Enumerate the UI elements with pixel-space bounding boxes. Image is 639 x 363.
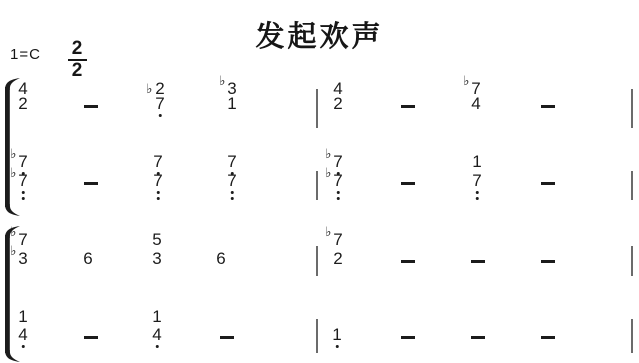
note-digit: 1 (152, 308, 161, 325)
octave-dot (337, 197, 340, 200)
flat-sign-icon: ♭ (10, 225, 16, 238)
note-digit: 1 (18, 308, 27, 325)
octave-dot (22, 345, 25, 348)
duration-dash (84, 182, 98, 185)
barline (316, 171, 318, 200)
barline (316, 246, 318, 276)
note-digit: 6 (216, 250, 225, 267)
duration-dash (401, 260, 415, 263)
note-digit: 1 (332, 326, 341, 343)
note-digit: 1 (227, 95, 236, 112)
note-digit: 2 (18, 95, 27, 112)
note-digit: 7♭ (333, 231, 342, 248)
octave-dot (231, 197, 234, 200)
duration-dash (401, 336, 415, 339)
time-signature-denominator: 2 (62, 62, 92, 80)
octave-dot (156, 345, 159, 348)
octave-dot (476, 197, 479, 200)
note-digit: 7♭ (18, 172, 27, 189)
duration-dash (471, 336, 485, 339)
note-digit: 7 (227, 172, 236, 189)
note-digit: 7 (153, 172, 162, 189)
octave-dot (157, 191, 160, 194)
note-digit: 4 (471, 95, 480, 112)
time-signature-numerator: 2 (62, 40, 92, 58)
octave-dot (476, 191, 479, 194)
note-digit: 1 (472, 153, 481, 170)
barline (631, 171, 633, 200)
barline (316, 89, 318, 128)
barline (631, 319, 633, 353)
note-digit: 4 (152, 326, 161, 343)
octave-dot (22, 197, 25, 200)
octave-dot (159, 114, 162, 117)
note-digit: 7♭ (333, 153, 342, 170)
note-digit: 7 (155, 95, 164, 112)
flat-sign-icon: ♭ (10, 147, 16, 160)
note-digit: 7♭ (18, 231, 27, 248)
duration-dash (541, 105, 555, 108)
note-digit: 3♭ (18, 250, 27, 267)
flat-sign-icon: ♭ (10, 166, 16, 179)
duration-dash (401, 182, 415, 185)
note-digit: 6 (83, 250, 92, 267)
duration-dash (401, 105, 415, 108)
duration-dash (541, 336, 555, 339)
flat-sign-icon: ♭ (219, 74, 225, 87)
song-title: 发起欢声 (0, 14, 639, 55)
flat-sign-icon: ♭ (146, 82, 152, 95)
octave-dot (157, 197, 160, 200)
duration-dash (84, 336, 98, 339)
barline (631, 89, 633, 128)
octave-dot (22, 191, 25, 194)
duration-dash (84, 105, 98, 108)
duration-dash (220, 336, 234, 339)
note-digit: 2 (333, 95, 342, 112)
duration-dash (541, 182, 555, 185)
time-signature: 2 2 (62, 40, 92, 80)
octave-dot (336, 345, 339, 348)
note-digit: 7 (472, 172, 481, 189)
note-digit: 7 (153, 153, 162, 170)
flat-sign-icon: ♭ (325, 166, 331, 179)
note-digit: 3 (152, 250, 161, 267)
key-signature: 1=C (10, 46, 41, 63)
note-digit: 4 (18, 326, 27, 343)
octave-dot (231, 191, 234, 194)
note-digit: 2 (333, 250, 342, 267)
flat-sign-icon: ♭ (463, 74, 469, 87)
note-digit: 7♭ (333, 172, 342, 189)
duration-dash (541, 260, 555, 263)
octave-dot (337, 191, 340, 194)
flat-sign-icon: ♭ (10, 244, 16, 257)
note-digit: 7 (227, 153, 236, 170)
sheet-music-page: 发起欢声 1=C 2 2 422♭73♭1427♭47♭7♭77777♭7♭17… (0, 0, 639, 363)
flat-sign-icon: ♭ (325, 225, 331, 238)
note-digit: 5 (152, 231, 161, 248)
barline (316, 319, 318, 353)
flat-sign-icon: ♭ (325, 147, 331, 160)
note-digit: 7♭ (18, 153, 27, 170)
duration-dash (471, 260, 485, 263)
barline (631, 246, 633, 276)
